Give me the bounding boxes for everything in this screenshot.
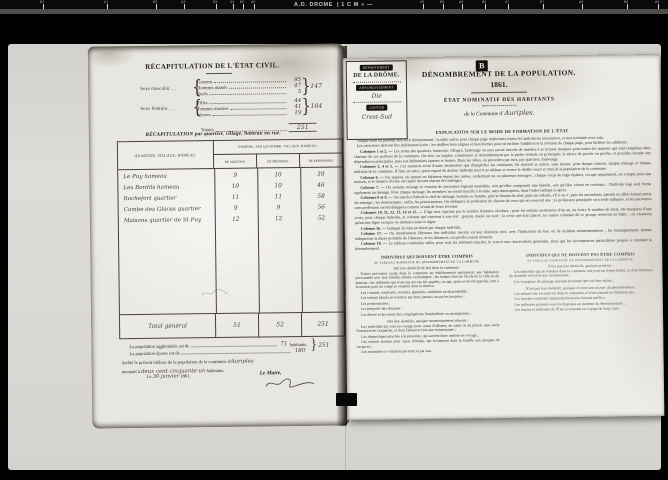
menages-value-handwritten: 10 xyxy=(257,172,300,179)
total-label-handwritten: Total général xyxy=(120,314,216,338)
scale-label: | 1 C M ≡ — xyxy=(337,2,373,8)
montant-suffix: habitants. xyxy=(207,368,225,373)
agglomeree-value-handwritten: 71 xyxy=(278,341,289,347)
include-subheading: AU TABLEAU NOMINATIF DU DÉNOMBREMENT DE … xyxy=(355,259,499,265)
title-ornament xyxy=(206,73,232,76)
etat-civil-line: Veuves 19 xyxy=(197,109,301,116)
habitants-suffix: habitants. xyxy=(290,342,308,347)
header-quartier: QUARTIER, VILLAGE, HAMEAU. xyxy=(118,141,214,169)
female-group-label: Sexe féminin. . . . xyxy=(140,105,192,111)
ruler-tick-label: A6 xyxy=(459,0,463,4)
header-menages: DE MÉNAGES. xyxy=(257,154,300,168)
ruler-tick-label: B4 xyxy=(213,0,217,4)
etat-civil-male-group: Sexe masculin. . . { Garçons 95 Hommes m… xyxy=(140,77,326,97)
dotted-leader xyxy=(213,114,287,116)
dotted-leader xyxy=(182,352,291,354)
commune-value-handwritten: Auriples. xyxy=(505,109,535,117)
population-eparse-line: La population éparse est de 180 xyxy=(129,348,307,356)
ruler-tick-label: B2 xyxy=(40,0,44,4)
line-label: Femmes mariées xyxy=(197,105,228,110)
dotted-leader xyxy=(191,345,276,347)
microfilm-ruler-strip: B2 A1 B3 A3 B4 A4 B0 A0 A.D. DROME | 1 C… xyxy=(0,0,668,9)
ruler-tick-label: A4 xyxy=(230,0,234,4)
ruler-tick-label: A1 xyxy=(104,0,108,4)
menages-value-handwritten: 9 xyxy=(257,205,300,212)
department-label: DÉPARTEMENT xyxy=(360,64,393,70)
quartier-name-handwritten: Rochefort quartier xyxy=(119,195,215,202)
header-personnes: DE PERSONNES. xyxy=(300,153,342,167)
film-clamp-notch xyxy=(336,393,357,406)
include-list-item: Les enfants absents pour cause d'études,… xyxy=(356,338,500,349)
etat-civil-block: Sexe masculin. . . { Garçons 95 Hommes m… xyxy=(140,77,326,120)
explication-paragraph: Colonne 18. — Le tableau contiendra enfi… xyxy=(355,238,652,252)
exclude-list-item: Les voyageurs de passage, quelque prolon… xyxy=(509,278,653,284)
quartier-name-handwritten: Maisons quartier de St Puy xyxy=(119,217,215,224)
opening-brace: { xyxy=(192,98,197,117)
ruler-tick-label: B0 xyxy=(240,0,244,4)
page-title: DÉNOMBREMENT DE LA POPULATION. xyxy=(422,68,576,79)
quartier-table: QUARTIER, VILLAGE, HAMEAU. NOMBRE, PAR Q… xyxy=(117,138,345,339)
archive-label: A.D. DROME xyxy=(294,2,333,8)
include-column: INDIVIDUS QUI DOIVENT ÊTRE COMPRIS AU TA… xyxy=(355,253,500,355)
exclude-column: INDIVIDUS QUI NE DOIVENT PAS ÊTRE COMPRI… xyxy=(509,251,654,353)
maisons-value-handwritten: 11 xyxy=(214,195,257,202)
right-page-denombrement: DÉPARTEMENT DE LA DRÔME. ARRONDISSEMENT … xyxy=(343,54,665,420)
left-page-recapitulation: RÉCAPITULATION DE L'ÉTAT CIVIL. Sexe mas… xyxy=(88,43,350,428)
dotted-leader xyxy=(210,93,287,95)
include-list-item: Les individus qui sont en voyage pour ca… xyxy=(356,323,500,334)
table-body: Le Puy hameau 9 10 39 Les Bordils hameau… xyxy=(118,167,344,314)
ruler-gray-band xyxy=(0,9,668,14)
include-paragraph: Toutes personnes ayant dans la commune u… xyxy=(355,270,499,290)
quartier-name-handwritten: Combe des Glaces quartier xyxy=(119,206,215,213)
maisons-value-handwritten: 9 xyxy=(214,173,257,180)
maire-signature xyxy=(264,377,316,391)
date-value-handwritten: 30 janvier xyxy=(153,373,180,379)
montant-label: montant à xyxy=(122,369,140,374)
maisons-value-handwritten: 12 xyxy=(214,217,257,224)
subtitle-ornament xyxy=(482,105,516,106)
menages-value-handwritten: 10 xyxy=(257,183,300,190)
maire-label: Le Maire, xyxy=(260,370,282,376)
personnes-value-handwritten: 39 xyxy=(299,171,342,178)
include-list-item: Les mariniers et voituriers par terre et… xyxy=(356,348,500,354)
total-maisons-handwritten: 51 xyxy=(216,314,259,338)
quartier-table-title: RÉCAPITULATION par quartier, village, ha… xyxy=(99,130,328,139)
agglomeree-label: La population agglomérée est de xyxy=(129,343,189,349)
date-year: 1861. xyxy=(180,373,190,378)
line-value-handwritten: 5 xyxy=(288,89,301,95)
inclusion-columns: INDIVIDUS QUI DOIVENT ÊTRE COMPRIS AU TA… xyxy=(355,251,653,355)
exclude-list-item: Les marins et militaires de l'État se tr… xyxy=(509,306,653,312)
ruler-tick-label: A9 xyxy=(655,0,659,4)
commune-line: de la Commune d' Auriples. xyxy=(464,109,534,118)
footer-brace-total-handwritten: 251 xyxy=(318,343,329,349)
ruler-tick-label: B3 xyxy=(153,0,157,4)
etat-civil-line: Veufs 5 xyxy=(197,89,301,96)
date-prefix: Le xyxy=(147,374,152,379)
exclude-list-item: Les individus qui ne résident dans la co… xyxy=(509,268,653,279)
etat-civil-female-group: Sexe féminin. . . . { Filles 44 Femmes m… xyxy=(140,97,326,117)
header-maisons: DE MAISONS. xyxy=(214,155,257,169)
header-rule xyxy=(471,92,527,94)
ruler-tick-label: B8 xyxy=(624,0,628,4)
total-menages-handwritten: 52 xyxy=(259,313,302,337)
ruler-tick-label: A3 xyxy=(181,0,185,4)
line-value-handwritten: 19 xyxy=(288,109,301,115)
quartier-name-handwritten: Les Bordils hameau xyxy=(118,184,214,191)
opening-brace: { xyxy=(192,78,197,97)
menages-value-handwritten: 11 xyxy=(257,194,300,201)
maisons-value-handwritten: 10 xyxy=(214,184,257,191)
arrondissement-value-handwritten: Die xyxy=(371,93,381,100)
table-total-row: Total général 51 52 251 xyxy=(120,311,344,338)
brace-ornament: ︶ xyxy=(275,148,280,150)
page-subtitle: ÉTAT NOMINATIF DES HABITANTS xyxy=(444,96,555,103)
footer-brace: } xyxy=(310,337,317,355)
maisons-value-handwritten: 9 xyxy=(214,206,257,213)
closing-brace: } xyxy=(301,97,306,116)
male-group-label: Sexe masculin. . . xyxy=(140,85,192,91)
ruler-tick-label: B7 xyxy=(540,0,544,4)
ruler-tick-label: A0 xyxy=(251,0,255,4)
page-header: DÉNOMBREMENT DE LA POPULATION. 1861. ÉTA… xyxy=(383,68,616,119)
arrete-text: Arrêté le présent tableau de la populati… xyxy=(122,359,231,365)
personnes-value-handwritten: 46 xyxy=(300,182,343,189)
ruler-tick-label: A7 xyxy=(505,0,509,4)
menages-value-handwritten: 12 xyxy=(257,216,300,223)
census-year: 1861. xyxy=(490,80,507,89)
commune-prefix: de la Commune d' xyxy=(464,111,503,118)
etat-civil-title: RÉCAPITULATION DE L'ÉTAT CIVIL. xyxy=(98,61,327,72)
header-nombre-group: NOMBRE, PAR QUARTIER, VILLAGE, HAMEAU, ︶ xyxy=(214,139,342,155)
table-header: QUARTIER, VILLAGE, HAMEAU. NOMBRE, PAR Q… xyxy=(118,139,342,170)
ruler-tick-label: B5 xyxy=(440,0,444,4)
eparse-label: La population éparse est de xyxy=(129,350,179,356)
quartier-name-handwritten: Le Puy hameau xyxy=(118,173,214,180)
ruler-tick-label: A8 xyxy=(579,0,583,4)
closing-brace: } xyxy=(301,77,306,96)
ruler-tick-label: A5 xyxy=(420,0,424,4)
stray-ink-mark xyxy=(200,287,230,299)
ruler-tick-label: B6 xyxy=(482,0,486,4)
table-row: Maisons quartier de St Puy 12 12 52 xyxy=(119,215,343,229)
arrete-commune-handwritten: Auriples xyxy=(231,359,254,365)
date-line: Le 30 janvier 1861. xyxy=(147,373,191,380)
eparse-value-handwritten: 180 xyxy=(293,348,308,354)
explication-body: Chaque nom ou prénom sera écrit distinct… xyxy=(354,135,652,253)
include-list-item: Les élèves et les sœurs des congrégation… xyxy=(356,311,500,317)
